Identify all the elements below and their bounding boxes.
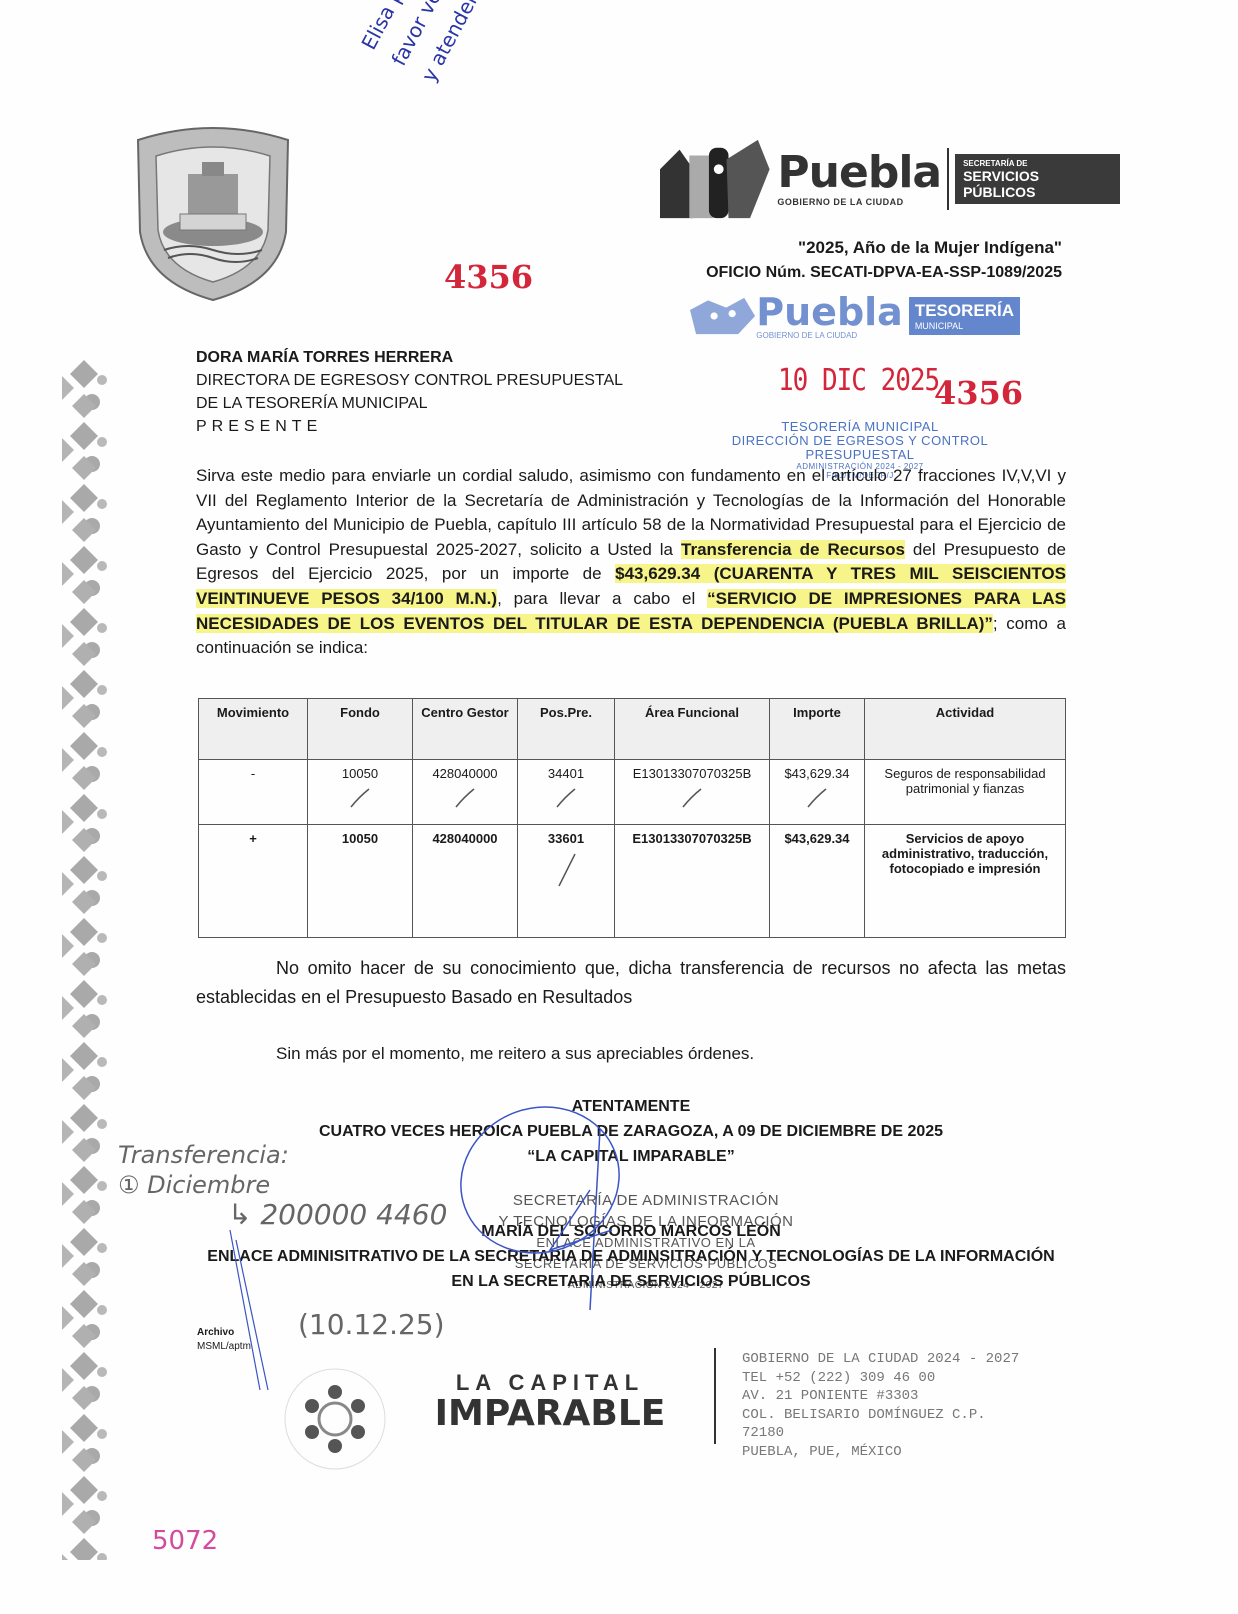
note-line: Transferencia: (118, 1140, 447, 1170)
cell-pos-pre: 33601 (518, 825, 615, 938)
addressee-block: DORA MARÍA TORRES HERRERA DIRECTORA DE E… (196, 346, 623, 438)
handwritten-instruction-note: Elisa por favor verificar y atender. (352, 0, 508, 88)
cell-pos-pre: 34401 (518, 760, 615, 825)
address-line: TEL +52 (222) 309 46 00 (742, 1369, 1019, 1388)
capital-line2: IMPARABLE (410, 1396, 690, 1432)
tesoreria-badge-subtitle: MUNICIPAL (915, 321, 1014, 331)
table-header-row: Movimiento Fondo Centro Gestor Pos.Pre. … (199, 699, 1066, 760)
tesoreria-badge: TESORERÍA MUNICIPAL (909, 297, 1020, 335)
logo-subtitle: GOBIERNO DE LA CIUDAD (777, 197, 941, 207)
handwritten-date: (10.12.25) (298, 1308, 445, 1341)
department-badge: SECRETARÍA DE SERVICIOS PÚBLICOS (955, 154, 1120, 204)
address-line: 72180 (742, 1424, 1019, 1443)
budget-transfer-table: Movimiento Fondo Centro Gestor Pos.Pre. … (198, 698, 1066, 938)
puebla-cityscape-icon (660, 139, 777, 219)
handwritten-transfer-note: Transferencia: ① Diciembre ↳ 200000 4460 (118, 1140, 447, 1230)
department-name: SERVICIOS PÚBLICOS (963, 168, 1112, 200)
cell-value: E13013307070325B (633, 766, 752, 781)
cell-importe: $43,629.34 (770, 760, 865, 825)
contact-address: GOBIERNO DE LA CIUDAD 2024 - 2027TEL +52… (742, 1350, 1019, 1461)
header-movimiento: Movimiento (199, 699, 308, 760)
address-line: COL. BELISARIO DOMÍNGUEZ C.P. (742, 1406, 1019, 1425)
logo-wordmark: Puebla (777, 151, 941, 195)
checkmark-icon (804, 787, 830, 809)
address-line: PUEBLA, PUE, MÉXICO (742, 1443, 1019, 1462)
table-row: + 10050 428040000 33601 E13013307070325B… (199, 825, 1066, 938)
handwritten-signature (220, 1090, 620, 1390)
note-line: ① Diciembre (118, 1170, 447, 1200)
header-centro-gestor: Centro Gestor (413, 699, 518, 760)
addressee-title: DIRECTORA DE EGRESOSY CONTROL PRESUPUEST… (196, 369, 623, 392)
year-motto: "2025, Año de la Mujer Indígena" (798, 238, 1062, 258)
received-date-stamp: 10 DIC 2025 (778, 364, 939, 399)
stamp-line: PRESUPUESTAL (700, 448, 1020, 462)
municipal-seal-icon (128, 122, 298, 302)
paragraph-text: No omito hacer de su conocimiento que, d… (196, 958, 1066, 1007)
header-fondo: Fondo (308, 699, 413, 760)
checkmark-icon (553, 787, 579, 809)
checkmark-icon (553, 852, 579, 888)
tesoreria-logo-icon (690, 286, 756, 346)
addressee-department: DE LA TESORERÍA MUNICIPAL (196, 392, 623, 415)
cell-fondo: 10050 (308, 760, 413, 825)
archive-initials: MSML/aptm (197, 1340, 251, 1354)
archive-label: Archivo (197, 1326, 251, 1340)
handwritten-pink-number: 5072 (152, 1526, 218, 1556)
cell-value: 33601 (548, 831, 584, 846)
header-area-funcional: Área Funcional (615, 699, 770, 760)
paragraph-text: , para llevar a cabo el (497, 589, 707, 608)
note-line: ↳ 200000 4460 (118, 1200, 447, 1230)
cell-importe: $43,629.34 (770, 825, 865, 938)
puebla-secretaria-logo: Puebla GOBIERNO DE LA CIUDAD SECRETARÍA … (660, 138, 1120, 220)
logo-divider (947, 148, 949, 210)
stamp-line: DIRECCIÓN DE EGRESOS Y CONTROL (700, 434, 1020, 448)
checkmark-icon (679, 787, 705, 809)
folio-stamp: 4356 (444, 258, 533, 296)
norma-igualdad-laboral-logo (280, 1364, 390, 1474)
cell-value: 428040000 (432, 766, 497, 781)
highlight-transfer: Transferencia de Recursos (681, 540, 905, 559)
address-line: AV. 21 PONIENTE #3303 (742, 1387, 1019, 1406)
la-capital-imparable-logo: LA CAPITAL IMPARABLE (410, 1370, 690, 1440)
header-importe: Importe (770, 699, 865, 760)
cell-area-funcional: E13013307070325B (615, 825, 770, 938)
closing-line: Sin más por el momento, me reitero a sus… (276, 1044, 754, 1064)
cell-movimiento: - (199, 760, 308, 825)
tesoreria-badge-title: TESORERÍA (915, 301, 1014, 321)
cell-fondo: 10050 (308, 825, 413, 938)
cell-value: $43,629.34 (784, 766, 849, 781)
oficio-number: OFICIO Núm. SECATI-DPVA-EA-SSP-1089/2025 (706, 264, 1062, 282)
decorative-border-pattern (62, 360, 110, 1560)
department-prefix: SECRETARÍA DE (963, 159, 1112, 168)
footer-divider (714, 1348, 716, 1444)
request-paragraph: Sirva este medio para enviarle un cordia… (196, 464, 1066, 661)
header-pos-pre: Pos.Pre. (518, 699, 615, 760)
tesoreria-wordmark: Puebla (756, 293, 903, 331)
presente-label: PRESENTE (196, 415, 623, 438)
archive-reference: Archivo MSML/aptm (197, 1326, 251, 1354)
cell-actividad: Seguros de responsabilidad patrimonial y… (865, 760, 1066, 825)
received-folio-stamp: 4356 (934, 374, 1023, 412)
checkmark-icon (452, 787, 478, 809)
tesoreria-reception-stamp: Puebla GOBIERNO DE LA CIUDAD TESORERÍA M… (690, 284, 1020, 348)
cell-value: 34401 (548, 766, 584, 781)
cell-area-funcional: E13013307070325B (615, 760, 770, 825)
cell-movimiento: + (199, 825, 308, 938)
notice-paragraph: No omito hacer de su conocimiento que, d… (196, 954, 1066, 1012)
stamp-line: TESORERÍA MUNICIPAL (700, 420, 1020, 434)
checkmark-icon (347, 787, 373, 809)
cell-centro-gestor: 428040000 (413, 760, 518, 825)
address-line: GOBIERNO DE LA CIUDAD 2024 - 2027 (742, 1350, 1019, 1369)
header-actividad: Actividad (865, 699, 1066, 760)
table-row: - 10050 428040000 34401 E13013307070325B… (199, 760, 1066, 825)
addressee-name: DORA MARÍA TORRES HERRERA (196, 346, 623, 369)
cell-actividad: Servicios de apoyo administrativo, tradu… (865, 825, 1066, 938)
cell-value: 10050 (342, 766, 378, 781)
cell-centro-gestor: 428040000 (413, 825, 518, 938)
